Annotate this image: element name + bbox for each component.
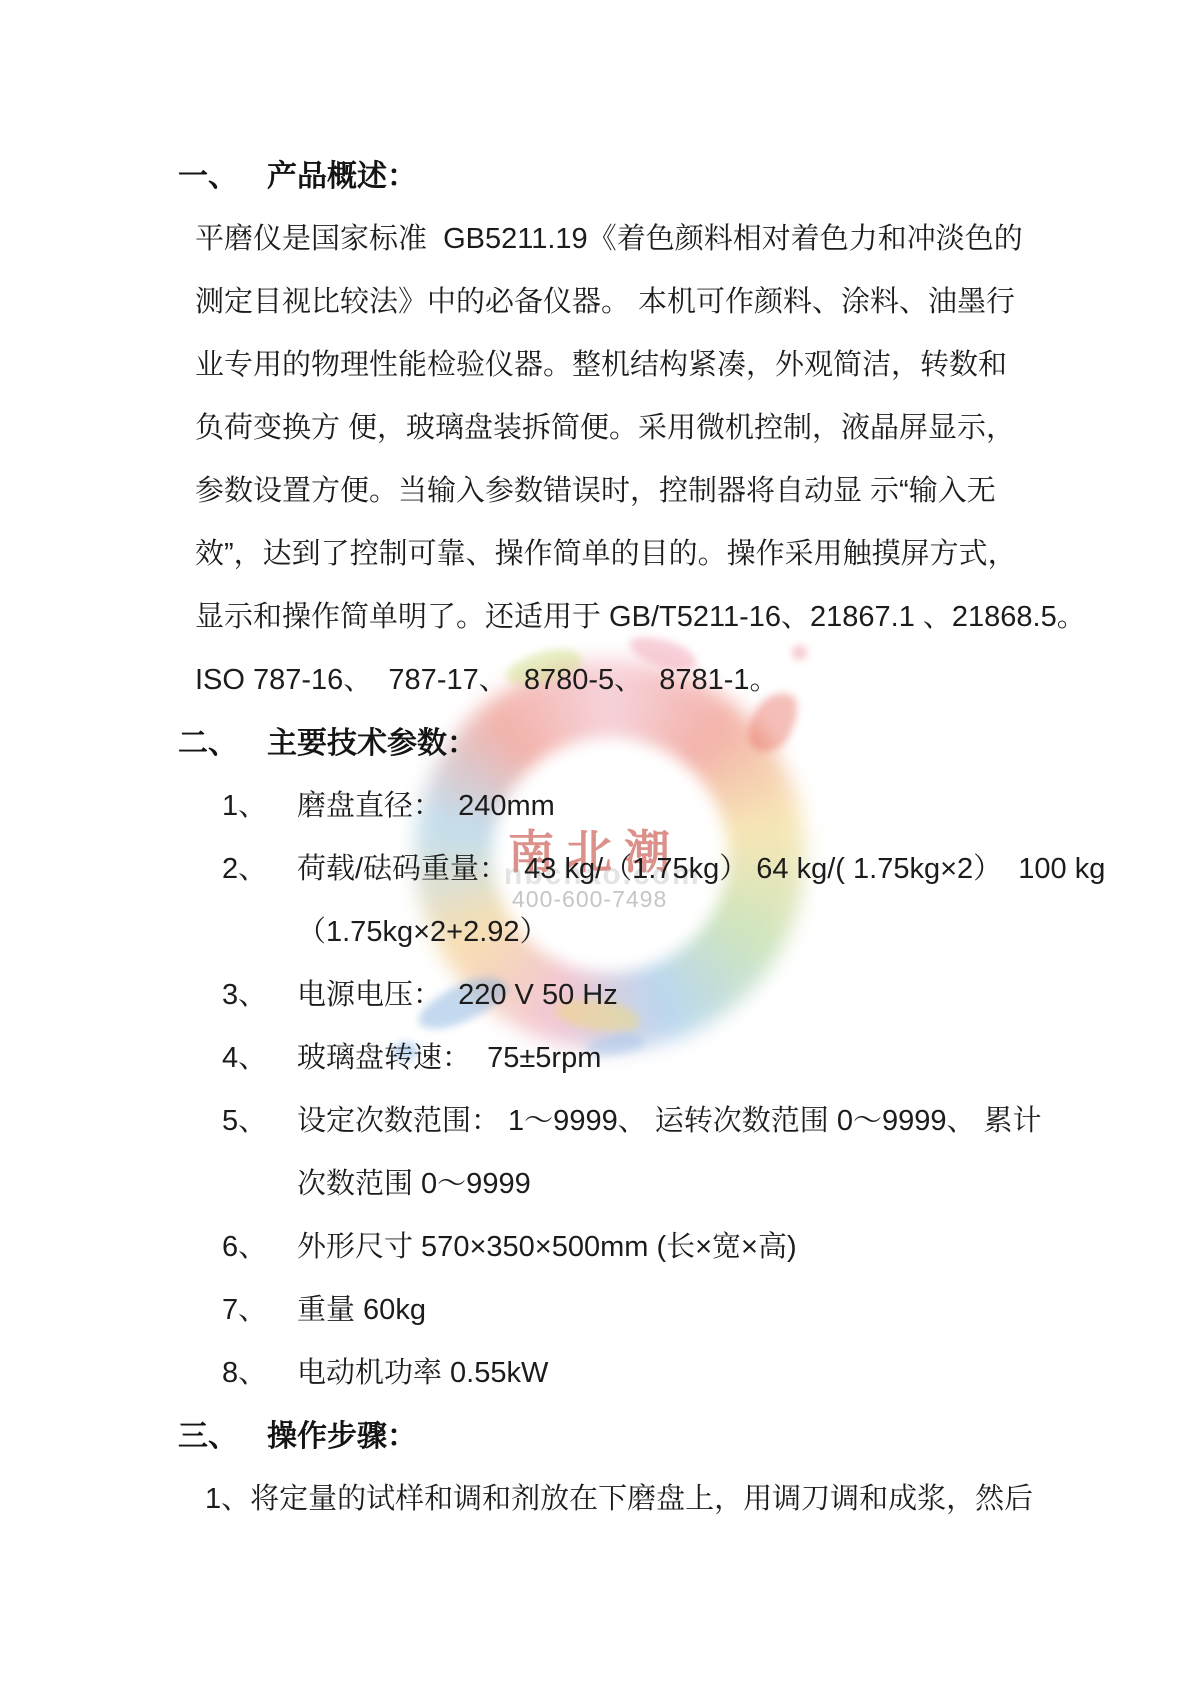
list-item-7: 7、重量 60kg: [0, 1279, 1200, 1342]
list-item-1: 1、磨盘直径： 240mm: [0, 775, 1200, 838]
list-item-number: 3、: [222, 964, 297, 1027]
list-item-text: 电动机功率 0.55kW: [297, 1357, 548, 1389]
operation-step-line: 1、将定量的试样和调和剂放在下磨盘上，用调刀调和成浆，然后: [0, 1468, 1200, 1531]
list-item-number: 6、: [222, 1216, 297, 1279]
section1-title: 产品概述：: [267, 160, 417, 193]
list-item-8: 8、电动机功率 0.55kW: [0, 1342, 1200, 1405]
paragraph-line: 效”，达到了控制可靠、操作简单的目的。操作采用触摸屏方式，: [0, 523, 1200, 586]
paragraph-line: 参数设置方便。当输入参数错误时，控制器将自动显 示“输入无: [0, 460, 1200, 523]
list-item-4: 4、玻璃盘转速： 75±5rpm: [0, 1027, 1200, 1090]
list-item-number: 7、: [222, 1279, 297, 1342]
section3-number: 三、: [178, 1405, 267, 1468]
list-item-number: 1、: [222, 775, 297, 838]
section1-number: 一、: [178, 145, 267, 208]
list-item-number: 2、: [222, 838, 297, 901]
paragraph-line: 业专用的物理性能检验仪器。整机结构紧凑，外观简洁，转数和: [0, 334, 1200, 397]
list-item-text: 荷载/砝码重量： 43 kg/（1.75kg） 64 kg/( 1.75kg×2…: [297, 853, 1105, 885]
list-item-text: 外形尺寸 570×350×500mm (长×宽×高): [297, 1231, 797, 1263]
paragraph-line: 负荷变换方 便，玻璃盘装拆简便。采用微机控制，液晶屏显示，: [0, 397, 1200, 460]
section3-title: 操作步骤：: [267, 1420, 417, 1453]
paragraph-line: ISO 787-16、 787-17、 8780-5、 8781-1。: [0, 649, 1200, 712]
list-item-text: 电源电压： 220 V 50 Hz: [297, 979, 618, 1011]
paragraph-line: 测定目视比较法》中的必备仪器。 本机可作颜料、涂料、油墨行: [0, 271, 1200, 334]
section2-title: 主要技术参数：: [267, 727, 477, 760]
document-page: 南北潮 nbchao.com 400-600-7498 一、产品概述： 平磨仪是…: [0, 0, 1200, 1697]
paragraph-line: 显示和操作简单明了。还适用于 GB/T5211-16、21867.1 、2186…: [0, 586, 1200, 649]
section1-heading: 一、产品概述：: [0, 145, 1200, 208]
list-item-2: 2、荷载/砝码重量： 43 kg/（1.75kg） 64 kg/( 1.75kg…: [0, 838, 1200, 901]
list-item-number: 4、: [222, 1027, 297, 1090]
list-item-2-continuation: （1.75kg×2+2.92）: [0, 901, 1200, 964]
list-item-text: 磨盘直径： 240mm: [297, 790, 555, 822]
list-item-6: 6、外形尺寸 570×350×500mm (长×宽×高): [0, 1216, 1200, 1279]
section2-number: 二、: [178, 712, 267, 775]
list-item-number: 8、: [222, 1342, 297, 1405]
document-body: 一、产品概述： 平磨仪是国家标准 GB5211.19《着色颜料相对着色力和冲淡色…: [0, 145, 1200, 1531]
list-item-number: 5、: [222, 1090, 297, 1153]
list-item-text: 设定次数范围： 1～9999、 运转次数范围 0～9999、 累计: [297, 1105, 1042, 1137]
list-item-text: 玻璃盘转速： 75±5rpm: [297, 1042, 601, 1074]
list-item-5-continuation: 次数范围 0～9999: [0, 1153, 1200, 1216]
paragraph-line: 平磨仪是国家标准 GB5211.19《着色颜料相对着色力和冲淡色的: [0, 208, 1200, 271]
section2-heading: 二、主要技术参数：: [0, 712, 1200, 775]
section3-heading: 三、操作步骤：: [0, 1405, 1200, 1468]
list-item-3: 3、电源电压： 220 V 50 Hz: [0, 964, 1200, 1027]
list-item-5: 5、设定次数范围： 1～9999、 运转次数范围 0～9999、 累计: [0, 1090, 1200, 1153]
list-item-text: 重量 60kg: [297, 1294, 426, 1326]
